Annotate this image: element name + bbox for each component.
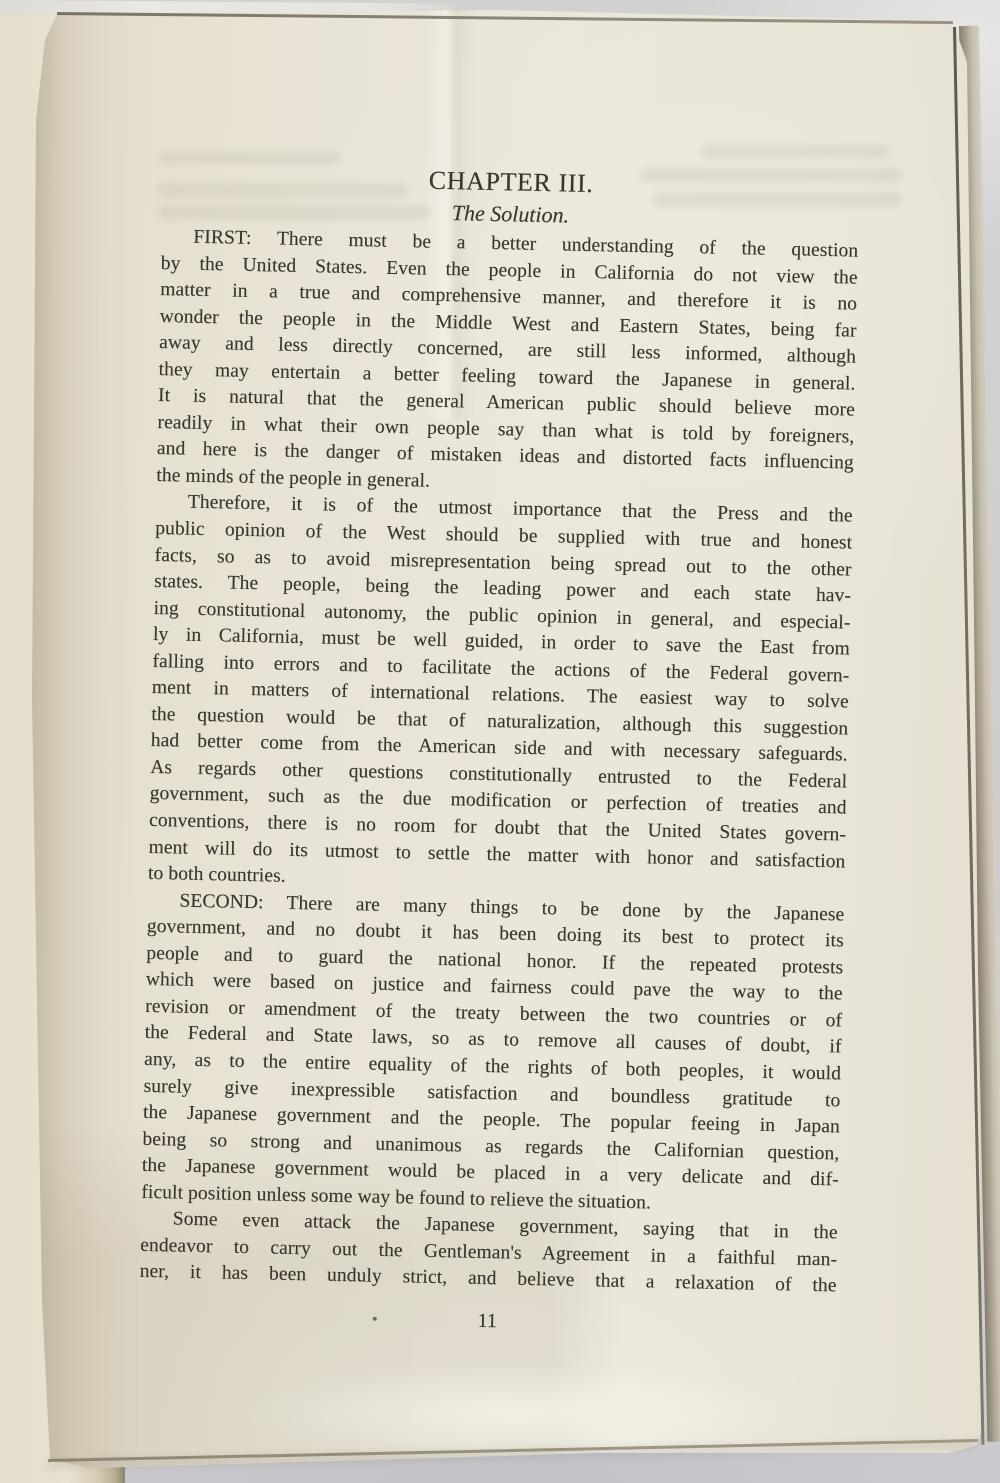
body-text: FIRST: There must be a better understand… — [139, 224, 858, 1300]
book-page: CHAPTER III. The Solution. FIRST: There … — [0, 0, 1000, 1483]
paper-sheen — [140, 1350, 900, 1465]
book-photo: CHAPTER III. The Solution. FIRST: There … — [0, 0, 1000, 1483]
bleed-through — [700, 145, 890, 158]
printed-text: CHAPTER III. The Solution. FIRST: There … — [138, 158, 859, 1342]
